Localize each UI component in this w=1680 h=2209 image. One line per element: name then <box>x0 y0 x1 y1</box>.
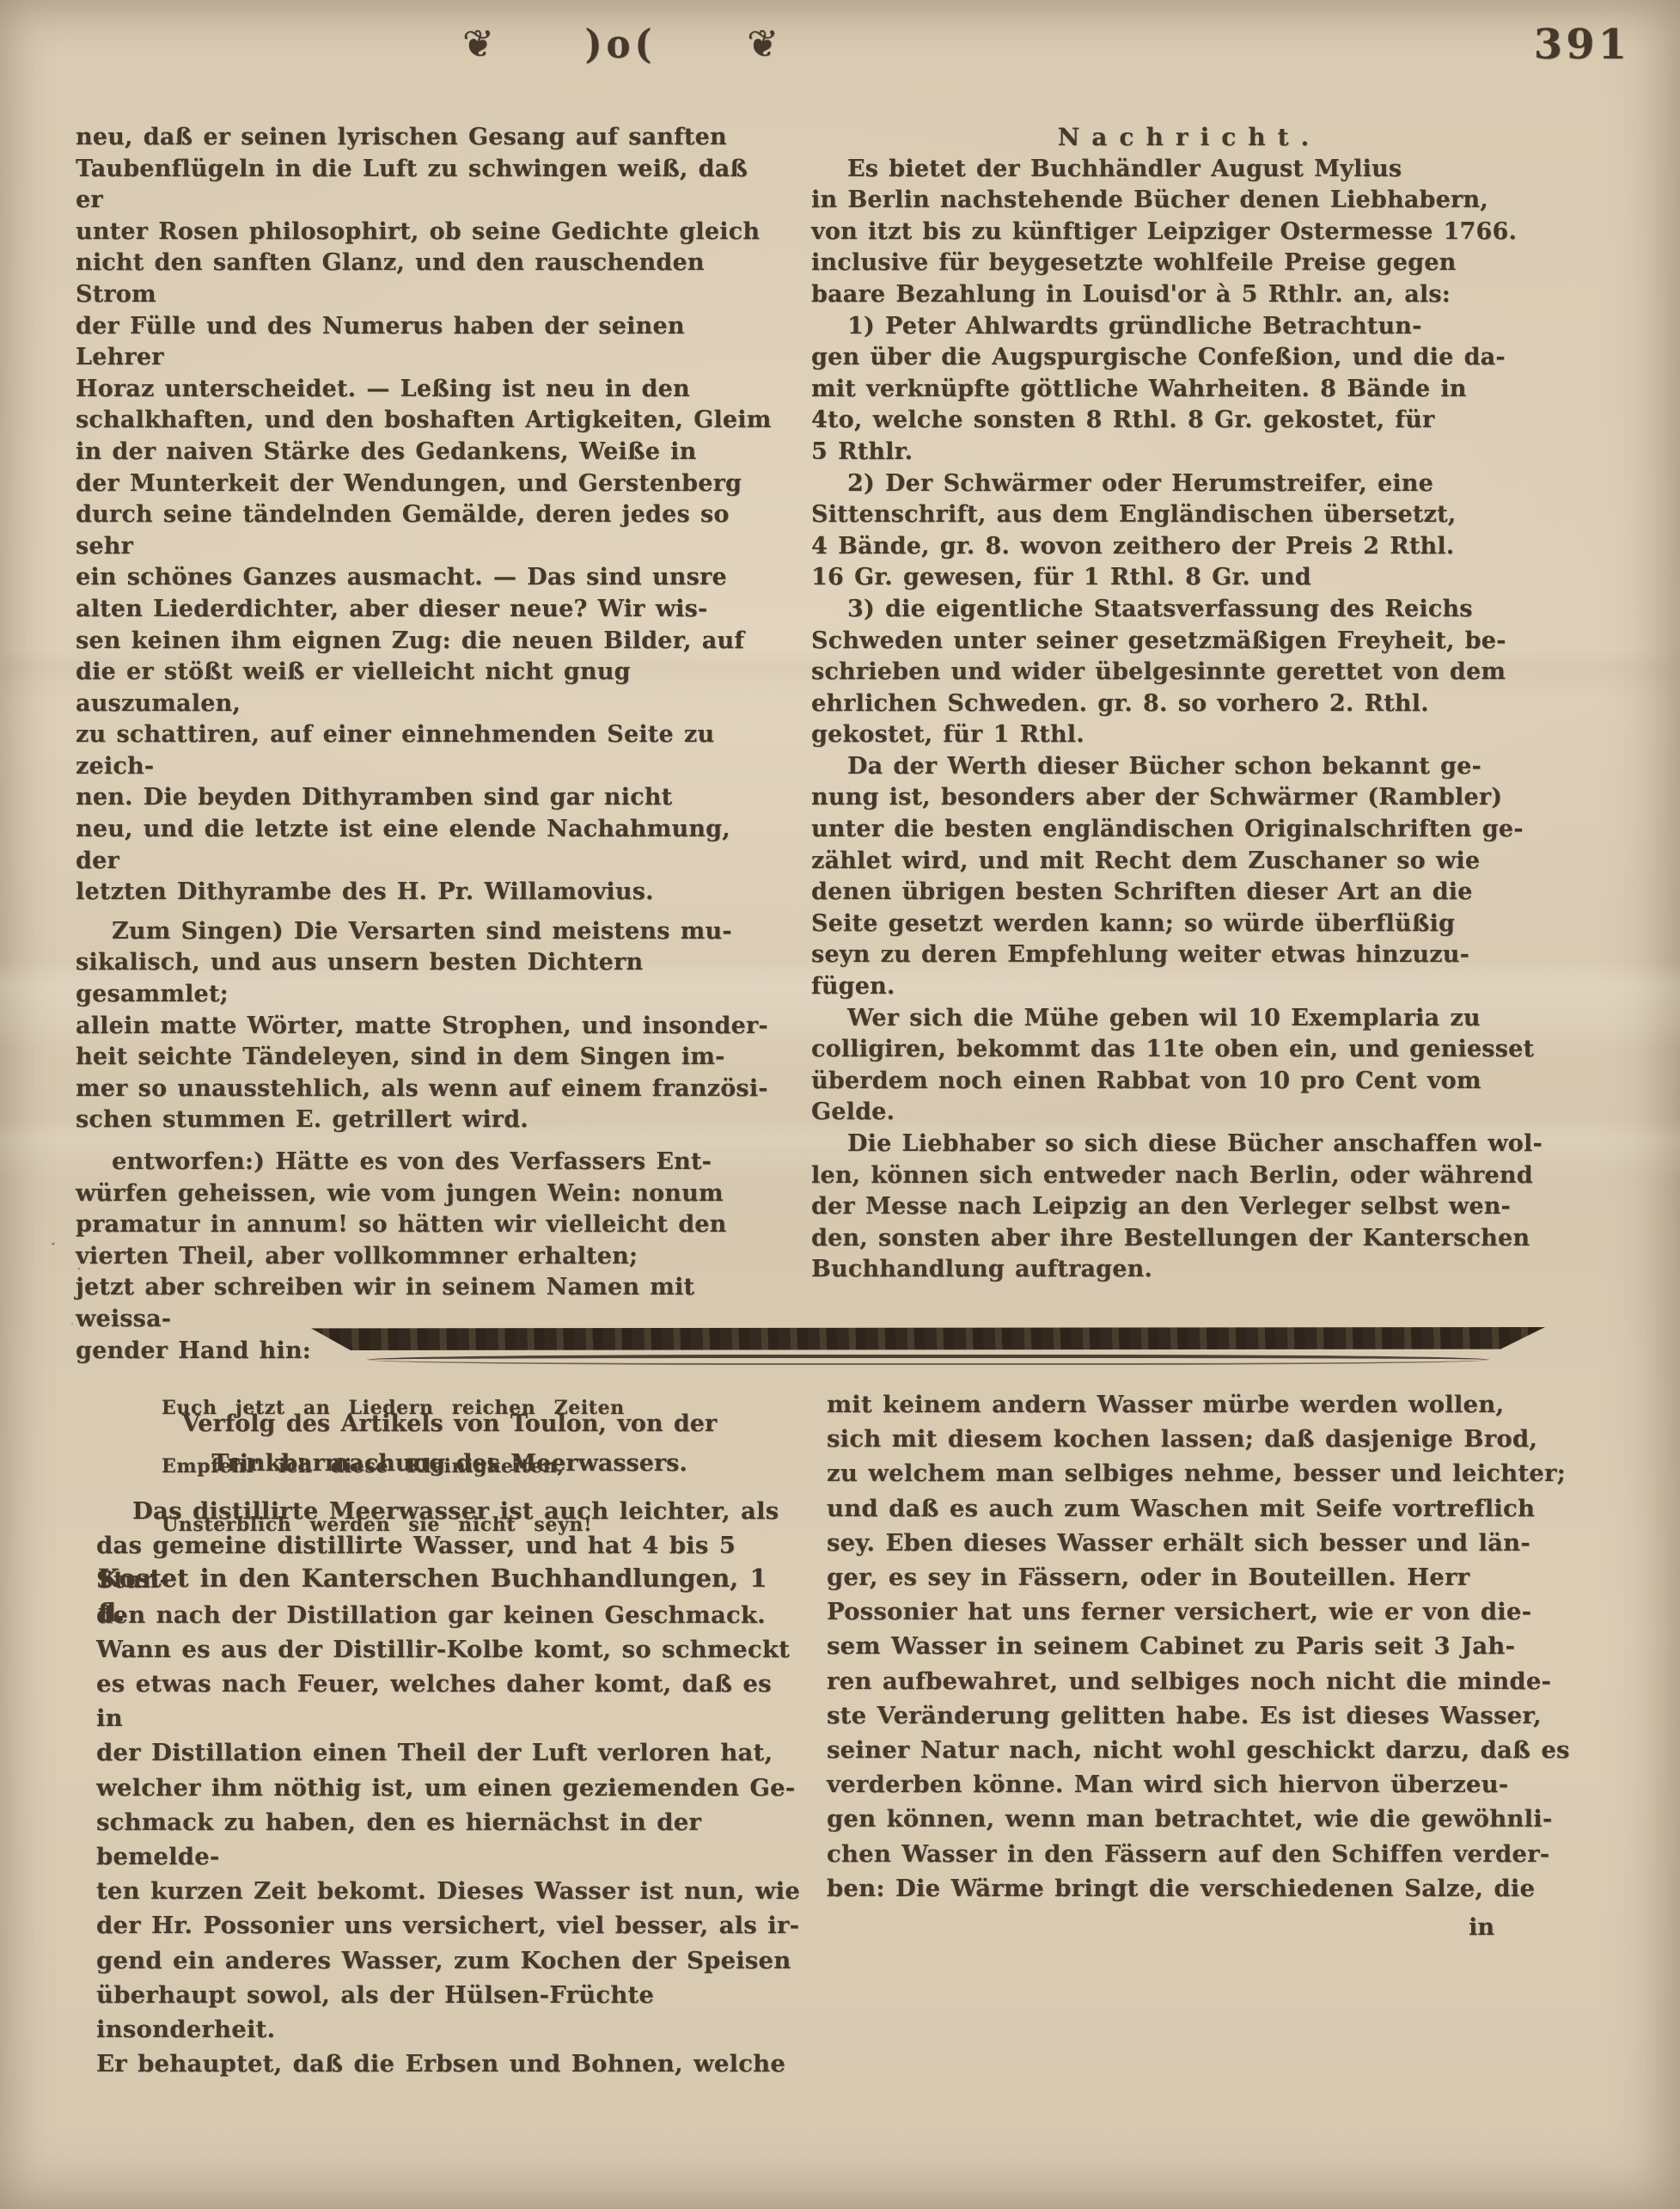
nachricht-item-3: 3) die eigentliche Staatsverfassung des … <box>811 594 1555 751</box>
nachricht-paragraph-1: Da der Werth dieser Bücher schon bekannt… <box>811 751 1555 1003</box>
nachricht-heading: Nachricht. <box>811 122 1555 154</box>
page-header-ornaments: ❦ )o( ❦ <box>462 26 779 64</box>
catchword: in <box>827 1911 1576 1945</box>
toulon-column-left: Verfolg des Artikels von Toulon, von der… <box>96 1404 803 2081</box>
nachricht-paragraph-3: Die Liebhaber so sich diese Bücher ansch… <box>811 1129 1555 1286</box>
nachricht-intro: Es bietet der Buchhändler August Mylius … <box>811 154 1555 311</box>
review-paragraph-2: Zum Singen) Die Versarten sind meistens … <box>76 916 779 1136</box>
toulon-text-right: mit keinem andern Wasser mürbe werden wo… <box>827 1387 1576 1906</box>
nachricht-paragraph-2: Wer sich die Mühe geben wil 10 Exemplari… <box>811 1003 1555 1129</box>
toulon-heading: Verfolg des Artikels von Toulon, von der… <box>96 1404 803 1484</box>
fleuron-ornament-left: ❦ <box>462 26 494 64</box>
signature-mark: )o( <box>585 25 657 64</box>
scanned-page: ❦ )o( ❦ 391 neu, daß er seinen lyrischen… <box>0 0 1680 2209</box>
fleuron-ornament-right: ❦ <box>747 26 779 64</box>
toulon-text-left: Das distillirte Meerwasser ist auch leic… <box>96 1494 803 2081</box>
nachricht-item-1: 1) Peter Ahlwardts gründliche Betrachtun… <box>811 311 1555 468</box>
section-divider-ornament <box>311 1327 1545 1365</box>
nachricht-column: Nachricht. Es bietet der Buchhändler Aug… <box>811 122 1555 1286</box>
divider-thin-rule <box>367 1355 1490 1365</box>
toulon-column-right: mit keinem andern Wasser mürbe werden wo… <box>827 1387 1576 1945</box>
page-number: 391 <box>1534 21 1630 69</box>
divider-band <box>311 1327 1545 1350</box>
nachricht-item-2: 2) Der Schwärmer oder Herumstreifer, ein… <box>811 468 1555 594</box>
review-paragraph-1: neu, daß er seinen lyrischen Gesang auf … <box>76 122 779 909</box>
